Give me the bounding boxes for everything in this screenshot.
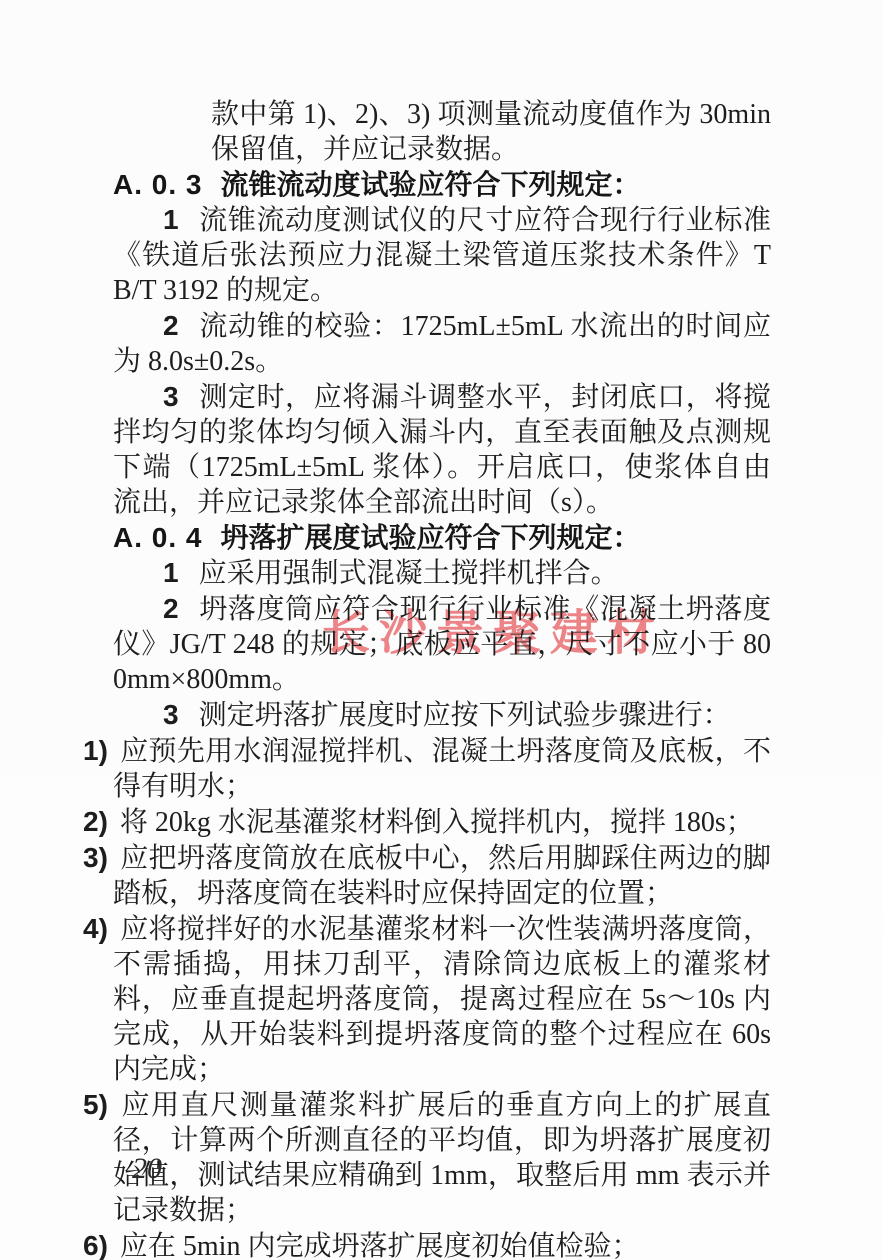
clause-title: 坍落扩展度试验应符合下列规定： xyxy=(220,522,640,553)
test-step: 1)应预先用水润湿搅拌机、混凝土坍落度筒及底板，不得有明水； xyxy=(113,733,771,804)
clause-number: A. 0. 4 xyxy=(113,522,202,553)
item-text: 流动锥的校验：1725mL±5mL 水流出的时间应为 8.0s±0.2s。 xyxy=(113,311,771,377)
step-text: 应用直尺测量灌浆料扩展后的垂直方向上的扩展直径，计算两个所测直径的平均值，即为坍… xyxy=(113,1090,771,1226)
item-number: 2 xyxy=(163,593,179,624)
item-number: 3 xyxy=(163,699,179,730)
step-text: 应将搅拌好的水泥基灌浆材料一次性装满坍落度筒，不需插捣，用抹刀刮平，清除筒边底板… xyxy=(113,914,771,1085)
item-text: 坍落度筒应符合现行行业标准《混凝土坍落度仪》JG/T 248 的规定；底板应平直… xyxy=(113,594,771,695)
test-step: 4)应将搅拌好的水泥基灌浆材料一次性装满坍落度筒，不需插捣，用抹刀刮平，清除筒边… xyxy=(113,911,771,1087)
item-text: 测定时，应将漏斗调整水平，封闭底口，将搅拌均匀的浆体均匀倾入漏斗内，直至表面触及… xyxy=(113,382,771,518)
document-text-block: 款中第 1)、2)、3) 项测量流动度值作为 30min 保留值，并应记录数据。… xyxy=(113,97,771,1260)
step-number: 4) xyxy=(83,913,108,944)
document-page: 长沙景聚建材 款中第 1)、2)、3) 项测量流动度值作为 30min 保留值，… xyxy=(0,0,883,1260)
item-text: 应采用强制式混凝土搅拌机拌合。 xyxy=(199,558,619,589)
clause-heading-a04: A. 0. 4坍落扩展度试验应符合下列规定： xyxy=(113,520,771,555)
paragraph-continuation: 款中第 1)、2)、3) 项测量流动度值作为 30min 保留值，并应记录数据。 xyxy=(113,97,771,167)
clause-item: 2坍落度筒应符合现行行业标准《混凝土坍落度仪》JG/T 248 的规定；底板应平… xyxy=(113,591,771,697)
clause-item: 1流锥流动度测试仪的尺寸应符合现行行业标准《铁道后张法预应力混凝土梁管道压浆技术… xyxy=(113,202,771,308)
clause-item: 2流动锥的校验：1725mL±5mL 水流出的时间应为 8.0s±0.2s。 xyxy=(113,308,771,379)
clause-item: 1应采用强制式混凝土搅拌机拌合。 xyxy=(113,555,771,591)
step-text: 将 20kg 水泥基灌浆材料倒入搅拌机内，搅拌 180s； xyxy=(120,807,754,838)
step-text: 应在 5min 内完成坍落扩展度初始值检验； xyxy=(120,1231,640,1260)
item-number: 1 xyxy=(163,204,179,235)
test-step: 5)应用直尺测量灌浆料扩展后的垂直方向上的扩展直径，计算两个所测直径的平均值，即… xyxy=(113,1087,771,1228)
clause-title: 流锥流动度试验应符合下列规定： xyxy=(220,169,640,200)
test-step: 2)将 20kg 水泥基灌浆材料倒入搅拌机内，搅拌 180s； xyxy=(113,804,771,840)
step-number: 5) xyxy=(83,1089,108,1120)
step-number: 3) xyxy=(83,842,108,873)
step-number: 2) xyxy=(83,806,108,837)
item-text: 流锥流动度测试仪的尺寸应符合现行行业标准《铁道后张法预应力混凝土梁管道压浆技术条… xyxy=(113,205,771,306)
step-number: 1) xyxy=(83,735,108,766)
step-number: 6) xyxy=(83,1230,108,1260)
item-number: 2 xyxy=(163,310,179,341)
clause-number: A. 0. 3 xyxy=(113,169,202,200)
page-number: 20 xyxy=(132,1152,162,1186)
test-step: 3)应把坍落度筒放在底板中心，然后用脚踩住两边的脚踏板，坍落度筒在装料时应保持固… xyxy=(113,840,771,911)
item-number: 3 xyxy=(163,381,179,412)
clause-heading-a03: A. 0. 3流锥流动度试验应符合下列规定： xyxy=(113,167,771,202)
clause-item: 3测定时，应将漏斗调整水平，封闭底口，将搅拌均匀的浆体均匀倾入漏斗内，直至表面触… xyxy=(113,379,771,520)
item-number: 1 xyxy=(163,557,179,588)
step-text: 应把坍落度筒放在底板中心，然后用脚踩住两边的脚踏板，坍落度筒在装料时应保持固定的… xyxy=(113,843,771,909)
test-step: 6)应在 5min 内完成坍落扩展度初始值检验； xyxy=(113,1228,771,1260)
clause-item: 3测定坍落扩展度时应按下列试验步骤进行： xyxy=(113,697,771,733)
step-text: 应预先用水润湿搅拌机、混凝土坍落度筒及底板，不得有明水； xyxy=(113,736,771,802)
item-text: 测定坍落扩展度时应按下列试验步骤进行： xyxy=(199,700,731,731)
